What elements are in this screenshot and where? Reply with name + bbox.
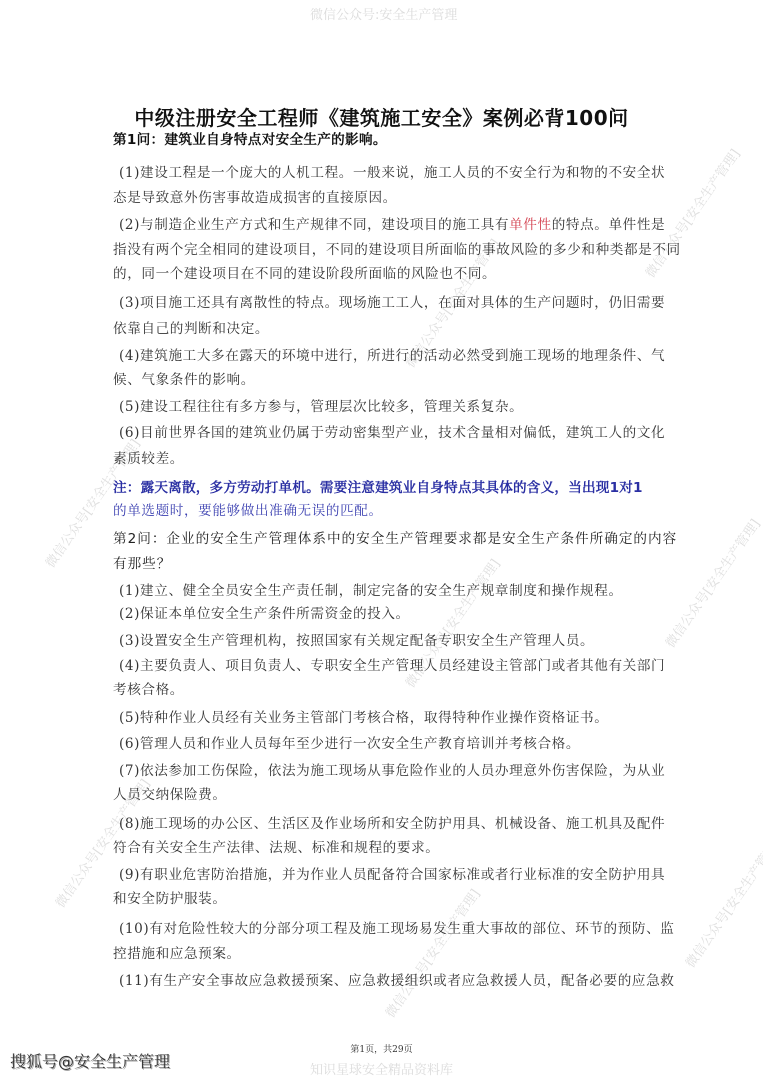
q2-item-8-line-2: 符合有关安全生产法律、法规、标准和规程的要求。 [113,839,658,857]
q1-note-line-2: 的单选题时，要能够做出准确无误的匹配。 [113,502,658,520]
watermark-top: 微信公众号:安全生产管理 [310,4,457,23]
q1-paragraph-3-line-1: (3)项目施工还具有离散性的特点。现场施工工人，在面对具体的生产问题时，仍旧需要 [113,294,664,312]
q1-p2-text: 的特点。单件性是 [552,217,666,233]
question-1-heading: 第1问：建筑业自身特点对安全生产的影响。 [113,131,658,149]
document-title: 中级注册安全工程师《建筑施工安全》案例必背100问 [0,102,763,131]
q2-item-6: (6)管理人员和作业人员每年至少进行一次安全生产教育培训并考核合格。 [113,735,664,753]
q2-item-3: (3)设置安全生产管理机构，按照国家有关规定配备专职安全生产管理人员。 [113,632,664,650]
q1-paragraph-3-line-2: 依靠自己的判断和决定。 [113,320,658,338]
q2-item-7-line-2: 人员交纳保险费。 [113,786,658,804]
q1-paragraph-6-line-2: 素质较差。 [113,450,658,468]
highlight-term: 单件性 [509,217,552,233]
q1-paragraph-1-line-1: (1)建设工程是一个庞大的人机工程。一般来说，施工人员的不安全行为和物的不安全状 [113,164,664,182]
q1-paragraph-4-line-2: 候、气象条件的影响。 [113,371,658,389]
q1-paragraph-2-line-2: 指没有两个完全相同的建设项目，不同的建设项目所面临的事故风险的多少和种类都是不同 [113,241,658,259]
watermark-diagonal: 微信公众号[安全生产管理] [680,835,763,971]
question-2-heading-line-2: 有那些？ [113,555,658,573]
q1-paragraph-4-line-1: (4)建筑施工大多在露天的环境中进行，所进行的活动必然受到施工现场的地理条件、气 [113,347,664,365]
q2-item-8-line-1: (8)施工现场的办公区、生活区及作业场所和安全防护用具、机械设备、施工机具及配件 [113,815,664,833]
q2-item-7-line-1: (7)依法参加工伤保险，依法为施工现场从事危险作业的人员办理意外伤害保险，为从业 [113,762,664,780]
q2-item-11-line-1: (11)有生产安全事故应急救援预案、应急救援组织或者应急救援人员，配备必要的应急… [113,972,664,990]
q1-paragraph-5: (5)建设工程往往有多方参与，管理层次比较多，管理关系复杂。 [113,398,664,416]
page-number: 第1页，共29页 [0,1042,763,1055]
q2-item-5: (5)特种作业人员经有关业务主管部门考核合格，取得特种作业操作资格证书。 [113,709,664,727]
q1-paragraph-2-line-1: (2)与制造企业生产方式和生产规律不同，建设项目的施工具有单件性的特点。单件性是 [113,216,664,234]
q2-item-2: (2)保证本单位安全生产条件所需资金的投入。 [113,605,664,623]
q2-item-4-line-2: 考核合格。 [113,681,658,699]
q2-item-10-line-2: 控措施和应急预案。 [113,945,658,963]
q1-paragraph-2-line-3: 的，同一个建设项目在不同的建设阶段所面临的风险也不同。 [113,265,658,283]
q2-item-10-line-1: (10)有对危险性较大的分部分项工程及施工现场易发生重大事故的部位、环节的预防、… [113,920,664,938]
q1-paragraph-6-line-1: (6)目前世界各国的建筑业仍属于劳动密集型产业，技术含量相对偏低，建筑工人的文化 [113,424,664,442]
watermark-bottom: 知识星球安全精品资料库 [310,1059,453,1078]
q2-item-9-line-2: 和安全防护服装。 [113,890,658,908]
q2-item-4-line-1: (4)主要负责人、项目负责人、专职安全生产管理人员经建设主管部门或者其他有关部门 [113,657,664,675]
q2-item-1: (1)建立、健全全员安全生产责任制，制定完备的安全生产规章制度和操作规程。 [113,582,664,600]
document-page: 微信公众号:安全生产管理 知识星球安全精品资料库 微信公众号[安全生产管理] 微… [0,0,763,1080]
q1-paragraph-1-line-2: 态是导致意外伤害事故造成损害的直接原因。 [113,189,658,207]
q2-item-9-line-1: (9)有职业危害防治措施，并为作业人员配备符合国家标准或者行业标准的安全防护用具 [113,866,664,884]
question-2-heading-line-1: 第2问：企业的安全生产管理体系中的安全生产管理要求都是安全生产条件所确定的内容 [113,530,658,548]
q1-p2-text: (2)与制造企业生产方式和生产规律不同，建设项目的施工具有 [119,217,509,233]
q1-note-line-1: 注：露天离散，多方劳动打单机。需要注意建筑业自身特点其具体的含义，当出现1对1 [113,479,658,497]
